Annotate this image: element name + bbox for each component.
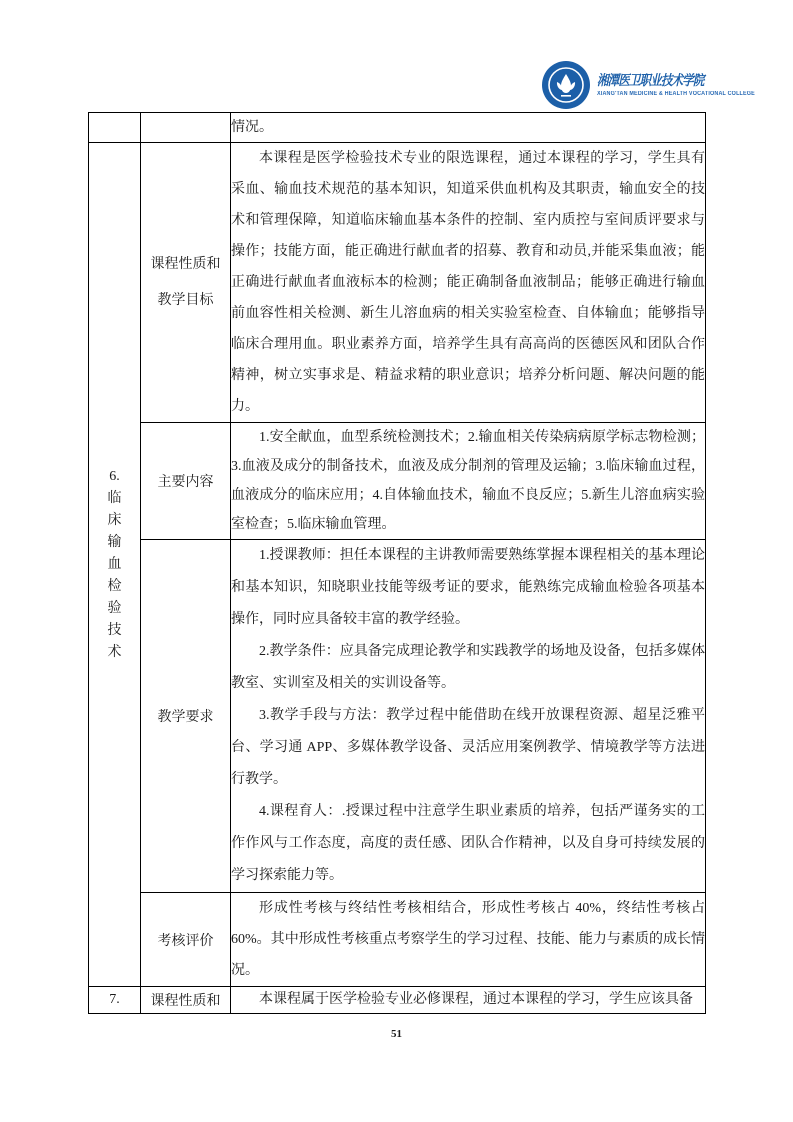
requirements-paragraph-4: 4.课程育人：.授课过程中注意学生职业素质的培养，包括严谨务实的工作作风与工作态… <box>231 796 705 892</box>
college-logo: 湘潭医卫职业技术学院 XIANG'TAN MEDICINE & HEALTH V… <box>541 60 773 110</box>
course6-nature-content-cell: 本课程是医学检验技术专业的限选课程，通过本课程的学习，学生具有采血、输血技术规范… <box>231 143 706 423</box>
nature-paragraph: 本课程是医学检验技术专业的限选课程，通过本课程的学习，学生具有采血、输血技术规范… <box>231 143 705 422</box>
document-page: 湘潭医卫职业技术学院 XIANG'TAN MEDICINE & HEALTH V… <box>0 0 793 1122</box>
requirements-paragraph-2: 2.教学条件：应具备完成理论教学和实践教学的场地及设备，包括多媒体教室、实训室及… <box>231 636 705 700</box>
carryover-label-cell <box>141 113 231 143</box>
carryover-text: 情况。 <box>231 116 705 140</box>
nature-label-line1: 课程性质和 <box>141 247 230 283</box>
course6-vertical-title: 6. 临床输血检验技术 <box>89 466 140 664</box>
course6-number-cell: 6. 临床输血检验技术 <box>89 143 141 987</box>
table-row-course7: 7. 课程性质和 本课程属于医学检验专业必修课程，通过本课程的学习，学生应该具备 <box>89 987 706 1014</box>
course6-content-label-cell: 主要内容 <box>141 423 231 540</box>
course6-number: 6. <box>109 466 120 488</box>
course7-label: 课程性质和 <box>141 990 230 1010</box>
assessment-label: 考核评价 <box>141 930 230 950</box>
college-name-block: 湘潭医卫职业技术学院 XIANG'TAN MEDICINE & HEALTH V… <box>597 73 773 98</box>
carryover-content-cell: 情况。 <box>231 113 706 143</box>
course7-label-cell: 课程性质和 <box>141 987 231 1014</box>
table-row-course6-nature: 6. 临床输血检验技术 课程性质和 教学目标 本课程是医学检验技术专业的限选课程… <box>89 143 706 423</box>
course7-content-cell: 本课程属于医学检验专业必修课程，通过本课程的学习，学生应该具备 <box>231 987 706 1014</box>
college-name-zh: 湘潭医卫职业技术学院 <box>597 73 741 90</box>
content-paragraph: 1.安全献血，血型系统检测技术；2.输血相关传染病病原学标志物检测；3.血液及成… <box>231 423 705 539</box>
page-number: 51 <box>0 1028 793 1040</box>
requirements-label: 教学要求 <box>141 706 230 726</box>
carryover-number-cell <box>89 113 141 143</box>
syllabus-table: 情况。 6. 临床输血检验技术 课程性质和 教学目标 本课程是医学检验技术专业的… <box>88 112 706 1014</box>
table-row-course6-assessment: 考核评价 形成性考核与终结性考核相结合，形成性考核占 40%，终结性考核占60%… <box>89 893 706 987</box>
course6-content-cell: 1.安全献血，血型系统检测技术；2.输血相关传染病病原学标志物检测；3.血液及成… <box>231 423 706 540</box>
course6-requirements-cell: 1.授课教师：担任本课程的主讲教师需要熟练掌握本课程相关的基本理论和基本知识，知… <box>231 540 706 893</box>
course7-paragraph: 本课程属于医学检验专业必修课程，通过本课程的学习，学生应该具备 <box>231 989 705 1011</box>
assessment-paragraph: 形成性考核与终结性考核相结合，形成性考核占 40%，终结性考核占60%。其中形成… <box>231 893 705 986</box>
table-row-carryover: 情况。 <box>89 113 706 143</box>
college-emblem-icon <box>541 60 591 110</box>
course6-assessment-label-cell: 考核评价 <box>141 893 231 987</box>
course7-number-cell: 7. <box>89 987 141 1014</box>
college-name-en: XIANG'TAN MEDICINE & HEALTH VOCATIONAL C… <box>597 90 755 98</box>
course7-number: 7. <box>89 992 140 1008</box>
course6-name: 临床输血检验技术 <box>107 488 122 664</box>
table-row-course6-requirements: 教学要求 1.授课教师：担任本课程的主讲教师需要熟练掌握本课程相关的基本理论和基… <box>89 540 706 893</box>
requirements-paragraph-1: 1.授课教师：担任本课程的主讲教师需要熟练掌握本课程相关的基本理论和基本知识，知… <box>231 540 705 636</box>
course6-nature-label-cell: 课程性质和 教学目标 <box>141 143 231 423</box>
nature-label-line2: 教学目标 <box>141 283 230 319</box>
course6-requirements-label-cell: 教学要求 <box>141 540 231 893</box>
course6-assessment-cell: 形成性考核与终结性考核相结合，形成性考核占 40%，终结性考核占60%。其中形成… <box>231 893 706 987</box>
table-row-course6-content: 主要内容 1.安全献血，血型系统检测技术；2.输血相关传染病病原学标志物检测；3… <box>89 423 706 540</box>
requirements-paragraph-3: 3.教学手段与方法：教学过程中能借助在线开放课程资源、超星泛雅平台、学习通 AP… <box>231 700 705 796</box>
content-label: 主要内容 <box>141 471 230 491</box>
